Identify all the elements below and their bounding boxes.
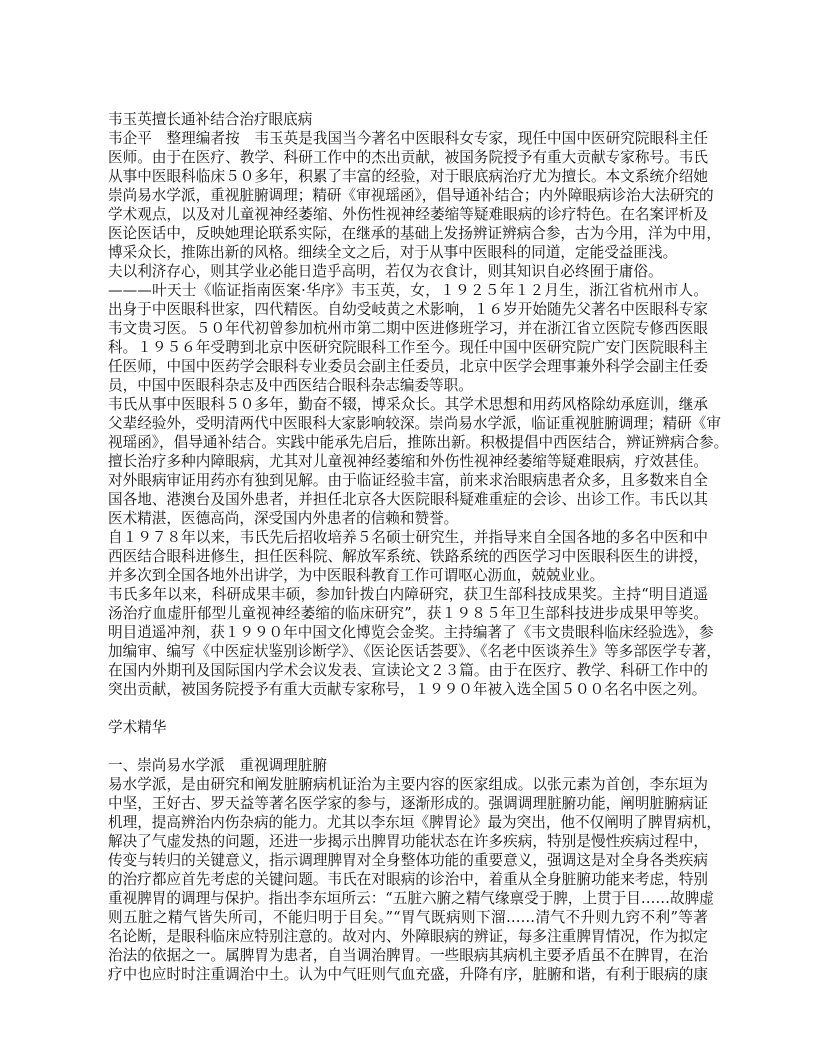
paragraph-line: 突出贡献，被国务院授予有重大贡献专家称号，１９９０年被入选全国５００名名中医之列…	[108, 680, 708, 699]
paragraph-line: 学术观点，以及对儿童视神经萎缩、外伤性视神经萎缩等疑难眼病的诊疗特色。在名案评析…	[108, 205, 708, 224]
paragraph-line: 的治疗都应首先考虑的关键问题。韦氏在对眼病的诊治中，着重从全身脏腑功能来考虑，特…	[108, 870, 708, 889]
paragraph-line: 国各地、港澳台及国外患者，并担任北京各大医院眼科疑难重症的会诊、出诊工作。韦氏以…	[108, 490, 708, 509]
paragraph-line: 自１９７８年以来，韦氏先后招收培养５名硕士研究生，并指导来自全国各地的多名中医和…	[108, 528, 708, 547]
paragraph-line: 父辈经验外，受明清两代中医眼科大家影响较深。崇尚易水学派，临证重视脏腑调理；精研…	[108, 414, 708, 433]
paragraph-line: 崇尚易水学派，重视脏腑调理；精研《审视瑶函》，倡导通补结合；内外障眼病诊治大法研…	[108, 186, 708, 205]
paragraph-line: 易水学派，是由研究和阐发脏腑病机证治为主要内容的医家组成。以张元素为首创，李东垣…	[108, 775, 708, 794]
paragraph-line: 加编审、编写《中医症状鉴别诊断学》、《医论医话荟要》、《名老中医谈养生》等多部医…	[108, 642, 708, 661]
research-paragraph: 韦氏多年以来，科研成果丰硕，参加针拨白内障研究，获卫生部科技成果奖。主持“明目逍…	[108, 585, 708, 699]
paragraph-line: 中坚，王好古、罗天益等著名医学家的参与，逐渐形成的。强调调理脏腑功能，阐明脏腑病…	[108, 794, 708, 813]
subsection-heading: 一、崇尚易水学派 重视调理脏腑	[108, 756, 708, 775]
section-heading: 学术精华	[108, 718, 708, 737]
paragraph-line: 出身于中医眼科世家，四代精医。自幼受岐黄之术影响，１６岁开始随先父著名中医眼科专…	[108, 300, 708, 319]
practice-paragraph: 韦氏从事中医眼科５０多年，勤奋不辍，博采众长。其学术思想和用药风格除幼承庭训，继…	[108, 395, 708, 528]
paragraph-line: 西医结合眼科进修生，担任医科院、解放军系统、铁路系统的西医学习中医眼科医生的讲授…	[108, 547, 708, 566]
paragraph-line: 对外眼病审证用药亦有独到见解。由于临证经验丰富，前来求治眼病患者众多，且多数来自…	[108, 471, 708, 490]
paragraph-line: 则五脏之精气皆失所司，不能归明于目矣。”“胃气既病则下溜……清气不升则九窍不利”…	[108, 908, 708, 927]
paragraph-line: 传变与转归的关键意义，指示调理脾胃对全身整体功能的重要意义，强调这是对全身各类疾…	[108, 851, 708, 870]
paragraph-line: 从事中医眼科临床５０多年，积累了丰富的经验，对于眼底病治疗尤为擅长。本文系统介绍…	[108, 167, 708, 186]
teaching-paragraph: 自１９７８年以来，韦氏先后招收培养５名硕士研究生，并指导来自全国各地的多名中医和…	[108, 528, 708, 585]
paragraph-line: 名论断，是眼科临床应特别注意的。故对内、外障眼病的辨证，每多注重脾胃情况，作为拟…	[108, 927, 708, 946]
paragraph-line: 博采众长，推陈出新的风格。细续全文之后，对于从事中医眼科的同道，定能受益匪浅。	[108, 243, 708, 262]
paragraph-line: 疗中也应时时注重调治中土。认为中气旺则气血充盛，升降有序，脏腑和谐，有利于眼病的…	[108, 965, 708, 984]
paragraph-line: 解决了气虚发热的问题，还进一步揭示出脾胃功能状态在许多疾病，特别是慢性疾病过程中…	[108, 832, 708, 851]
paragraph-line: 治法的依据之一。属脾胃为患者，自当调治脾胃。一些眼病其病机主要矛盾虽不在脾胃，在…	[108, 946, 708, 965]
paragraph-line: 医术精湛，医德高尚，深受国内外患者的信赖和赞誉。	[108, 509, 708, 528]
paragraph-line: 汤治疗血虚肝郁型儿童视神经萎缩的临床研究”，获１９８５年卫生部科技进步成果甲等奖…	[108, 604, 708, 623]
paragraph-line: 重视脾胃的调理与保护。指出李东垣所云：“五脏六腑之精气缘禀受于脾，上贯于目……故…	[108, 889, 708, 908]
document-page: 韦玉英擅长通补结合治疗眼底病 韦企平 整理编者按 韦玉英是我国当今著名中医眼科女…	[108, 110, 708, 984]
paragraph-line: 员，中国中医眼科杂志及中西医结合眼科杂志编委等职。	[108, 376, 708, 395]
editor-note: 韦企平 整理编者按 韦玉英是我国当今著名中医眼科女专家，现任中国中医研究院眼科主…	[108, 129, 708, 262]
spacer	[108, 737, 708, 756]
paragraph-line: 韦文贵习医。５０年代初曾参加杭州市第二期中医进修班学习，并在浙江省立医院专修西医…	[108, 319, 708, 338]
quote-line: 夫以利济存心，则其学业必能日造乎高明，若仅为衣食计，则其知识自必终囿于庸俗。	[108, 262, 708, 281]
paragraph-line: 视瑶函》，倡导通补结合。实践中能承先启后，推陈出新。积极提倡中西医结合，辨证辨病…	[108, 433, 708, 452]
paragraph-line: 韦氏从事中医眼科５０多年，勤奋不辍，博采众长。其学术思想和用药风格除幼承庭训，继…	[108, 395, 708, 414]
paragraph-line: 机理，提高辨治内伤杂病的能力。尤其以李东垣《脾胃论》最为突出，他不仅阐明了脾胃病…	[108, 813, 708, 832]
yishui-school-paragraph: 易水学派，是由研究和阐发脏腑病机证治为主要内容的医家组成。以张元素为首创，李东垣…	[108, 775, 708, 984]
paragraph-line: 任医师，中国中医药学会眼科专业委员会副主任委员，北京中医学会理事兼外科学会副主任…	[108, 357, 708, 376]
spacer	[108, 699, 708, 718]
paragraph-line: 在国内外期刊及国际国内学术会议发表、宣读论文２３篇。由于在医疗、教学、科研工作中…	[108, 661, 708, 680]
paragraph-line: 韦企平 整理编者按 韦玉英是我国当今著名中医眼科女专家，现任中国中医研究院眼科主…	[108, 129, 708, 148]
paragraph-line: 并多次到全国各地外出讲学，为中医眼科教育工作可谓呕心沥血，兢兢业业。	[108, 566, 708, 585]
document-title: 韦玉英擅长通补结合治疗眼底病	[108, 110, 708, 129]
biography-paragraph: ———叶天士《临证指南医案·华序》韦玉英，女，１９２５年１２月生，浙江省杭州市人…	[108, 281, 708, 395]
paragraph-line: 医师。由于在医疗、教学、科研工作中的杰出贡献，被国务院授予有重大贡献专家称号。韦…	[108, 148, 708, 167]
paragraph-line: 明目逍遥冲剂，获１９９０年中国文化博览会金奖。主持编著了《韦文贵眼科临床经验选》…	[108, 623, 708, 642]
paragraph-line: 科。１９５６年受聘到北京中医研究院眼科工作至今。现任中国中医研究院广安门医院眼科…	[108, 338, 708, 357]
paragraph-line: 医论医话中，反映她理论联系实际，在继承的基础上发扬辨证辨病合参，古为今用，洋为中…	[108, 224, 708, 243]
paragraph-line: 韦氏多年以来，科研成果丰硕，参加针拨白内障研究，获卫生部科技成果奖。主持“明目逍…	[108, 585, 708, 604]
paragraph-line: 擅长治疗多种内障眼病，尤其对儿童视神经萎缩和外伤性视神经萎缩等疑难眼病，疗效甚佳…	[108, 452, 708, 471]
paragraph-line: ———叶天士《临证指南医案·华序》韦玉英，女，１９２５年１２月生，浙江省杭州市人…	[108, 281, 708, 300]
